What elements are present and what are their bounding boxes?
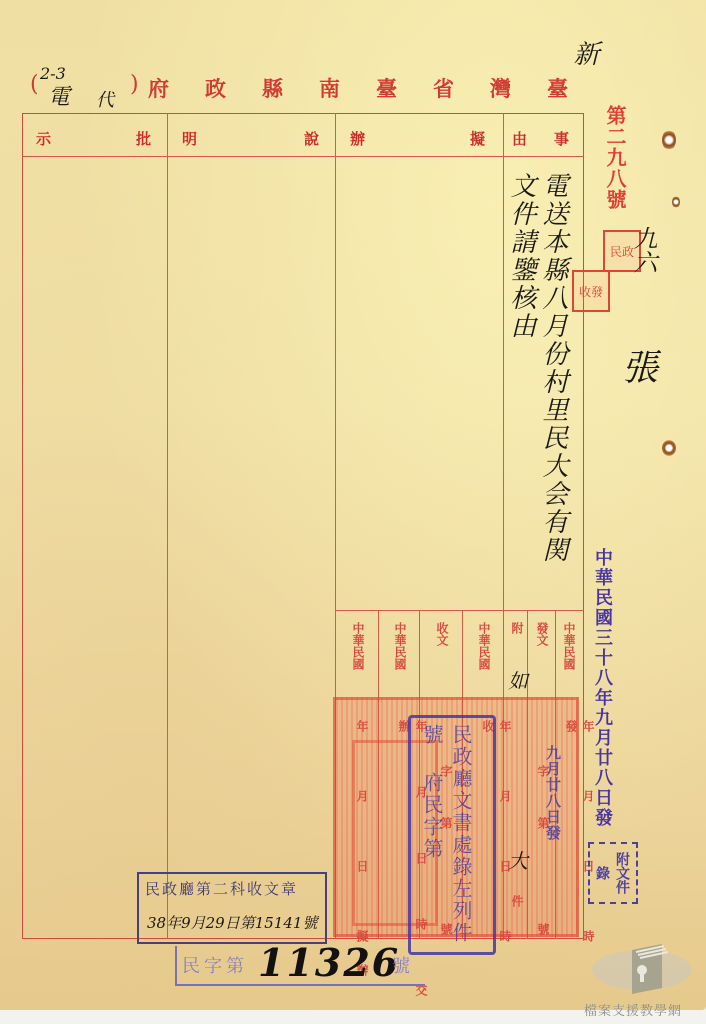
burn-mark: [662, 130, 676, 150]
dispatch-date-label: 中華民國: [561, 622, 578, 670]
title-char: 臺: [376, 73, 397, 103]
red-seal-square: 收發: [572, 270, 610, 312]
archive-logo-icon: [592, 940, 692, 995]
title-char: 南: [319, 73, 340, 103]
subject-text-column-1: 電送本縣八月份村里民大会有関: [540, 172, 566, 564]
title-char: 省: [433, 73, 454, 103]
purple-date-stamp: 中華民國三十八年九月廿八日發: [585, 548, 615, 828]
purple-registry-stamp-text: 民政廳文書處錄左列件號 府民字第: [418, 724, 476, 949]
title-char: 縣: [262, 73, 283, 103]
attachment-stamp-text: 附文件錄: [592, 848, 632, 898]
burn-mark: [672, 196, 680, 208]
header-subject-a: 事: [554, 128, 569, 149]
receive-stamp-date-number: 38年9月29日第15141號: [147, 912, 317, 933]
title-char: 政: [205, 73, 226, 103]
title-char: 府: [148, 73, 169, 103]
title-paren-close: ): [130, 72, 139, 97]
attachment-label: 附: [509, 622, 526, 634]
dispatch-number-label: 發文: [534, 622, 551, 646]
header-explanation-a: 說: [304, 128, 319, 149]
title-paren-open: (: [30, 72, 39, 97]
right-margin-signature: 張: [622, 340, 658, 391]
header-explanation-b: 明: [182, 128, 197, 149]
watermark-text: 檔案支援教學網: [584, 1000, 682, 1019]
right-margin-handwritten: 九六: [626, 226, 661, 274]
header-instruction-a: 批: [136, 128, 151, 149]
header-proposal-b: 辦: [350, 128, 365, 149]
attachment-stamp: 附文件錄: [588, 842, 638, 904]
file-number-stamp-prefix: 民字第: [182, 952, 248, 978]
receive-number-label: 收文: [434, 622, 451, 646]
header-subject-b: 由: [512, 128, 527, 149]
file-number-handwritten: 11326: [258, 940, 400, 985]
receive-stamp: 章文收科二第廳政民 38年9月29日第15141號: [137, 872, 327, 944]
document-title: 臺 灣 省 臺 南 縣 政 府: [148, 73, 568, 103]
subject-text-column-2: 文件請鑒核由: [508, 172, 534, 340]
title-char: 臺: [547, 73, 568, 103]
receive-date-label: 中華民國: [476, 622, 493, 670]
purple-date-stamp-inner: 九月廿八日發: [542, 745, 564, 841]
attachment-handwritten: 如: [508, 665, 528, 694]
handwritten-dai: 代: [96, 86, 114, 112]
header-divider: [22, 156, 584, 157]
title-char: 灣: [490, 73, 511, 103]
divider: [167, 113, 168, 939]
lower-section-divider: [335, 610, 584, 611]
handwritten-prefix: 電: [48, 80, 70, 111]
header-instruction-b: 示: [36, 128, 51, 149]
proposal-date-label: 中華民國: [350, 622, 367, 670]
assign-date-label: 中華民國: [392, 622, 409, 670]
receive-stamp-title: 章文收科二第廳政民: [145, 878, 298, 899]
attachment-count-handwritten: 大: [508, 845, 528, 874]
red-seal-serial: 第二九八號: [602, 105, 630, 210]
divider: [503, 113, 504, 610]
handwritten-corner-mark: 新: [566, 40, 603, 66]
file-number-stamp-suffix: 號: [392, 952, 414, 978]
burn-mark: [662, 440, 676, 456]
header-proposal-a: 擬: [470, 128, 485, 149]
